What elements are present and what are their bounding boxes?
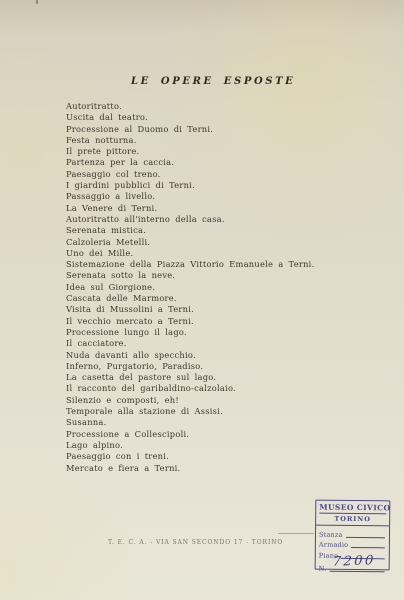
stamp-field-line <box>329 570 384 572</box>
work-title: Uscita dal teatro. <box>66 112 366 123</box>
stamp-field-armadio: Armadio <box>319 538 386 549</box>
printer-imprint: T. E. C. A. - VIA SAN SECONDO 17 - TORIN… <box>108 539 283 546</box>
work-title: Susanna. <box>66 417 366 428</box>
handwritten-inventory-number: 7200 <box>332 553 376 570</box>
work-title: Silenzio e composti, eh! <box>66 395 366 406</box>
work-title: Inferno, Purgatorio, Paradiso. <box>66 361 366 372</box>
work-title: Processione a Collescipoli. <box>66 429 366 440</box>
stamp-field-stanza: Stanza <box>319 528 386 539</box>
stamp-field-label: Armadio <box>319 541 348 549</box>
work-title: Uno dei Mille. <box>66 248 366 259</box>
work-title: Idea sul Giorgione. <box>66 282 366 293</box>
scan-artifact-line <box>278 533 314 534</box>
work-title: Il vecchio mercato a Terni. <box>66 316 366 327</box>
work-title: Il prete pittore. <box>66 146 366 157</box>
work-title: Cascata delle Marmore. <box>66 293 366 304</box>
work-title: Calzoleria Metelli. <box>66 237 366 248</box>
work-title: Temporale alla stazione di Assisi. <box>66 406 366 417</box>
work-title: I giardini pubblici di Terni. <box>66 180 366 191</box>
stamp-city: TORINO <box>316 514 389 527</box>
works-list: Autoritratto.Uscita dal teatro.Processio… <box>66 101 366 474</box>
stamp-fields: Stanza Armadio Piano N. 7200 <box>319 528 386 573</box>
work-title: Paesaggio con i treni. <box>66 451 366 462</box>
work-title: Serenata sotto la neve. <box>66 270 366 281</box>
stamp-museum-name: MUSEO CIVICO <box>319 503 386 515</box>
stamp-field-label: Stanza <box>319 530 343 538</box>
work-title: Partenza per la caccia. <box>66 157 366 168</box>
work-title: Mercato e fiera a Terni. <box>66 463 366 474</box>
work-title: Paesaggio col treno. <box>66 169 366 180</box>
work-title: Processione al Duomo di Terni. <box>66 124 366 135</box>
work-title: Visita di Mussolini a Terni. <box>66 304 366 315</box>
work-title: Il cacciatore. <box>66 338 366 349</box>
work-title: Passaggio a livello. <box>66 191 366 202</box>
work-title: Serenata mistica. <box>66 225 366 236</box>
work-title: La casetta del pastore sul lago. <box>66 372 366 383</box>
work-title: Autoritratto all'interno della casa. <box>66 214 366 225</box>
work-title: La Venere di Terni. <box>66 203 366 214</box>
work-title: Il racconto del garibaldino-calzolaio. <box>66 383 366 394</box>
work-title: Lago alpino. <box>66 440 366 451</box>
work-title: Festa notturna. <box>66 135 366 146</box>
work-title: Sistemazione della Piazza Vittorio Emanu… <box>66 259 366 270</box>
page-title: LE OPERE ESPOSTE <box>131 76 295 87</box>
paper-speck <box>36 0 38 4</box>
stamp-field-label: N. <box>319 564 327 572</box>
museum-stamp: MUSEO CIVICO TORINO Stanza Armadio Piano… <box>315 500 391 571</box>
work-title: Nuda davanti allo specchio. <box>66 350 366 361</box>
stamp-field-numero: N. 7200 <box>319 559 386 573</box>
work-title: Autoritratto. <box>66 101 366 112</box>
work-title: Processione lungo il lago. <box>66 327 366 338</box>
